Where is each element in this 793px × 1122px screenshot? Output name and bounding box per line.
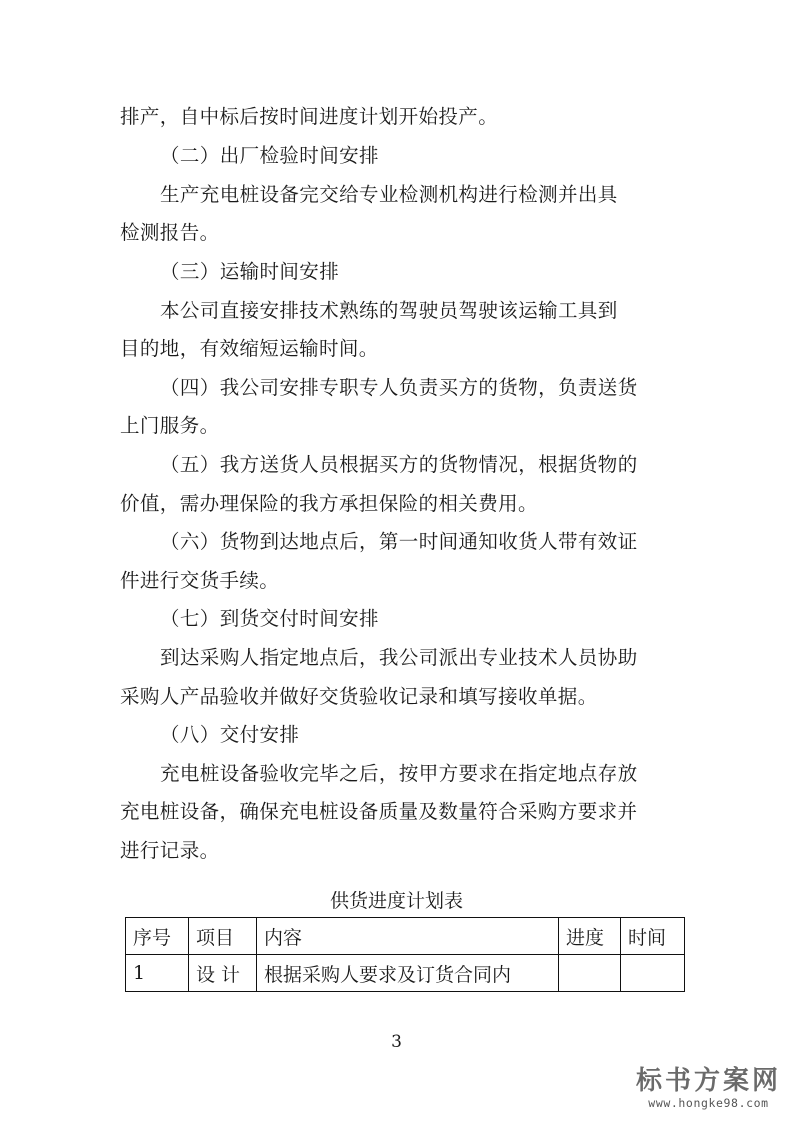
page-number: 3	[0, 1032, 793, 1052]
header-cell-number: 序号	[126, 918, 189, 955]
paragraph-line: （四）我公司安排专职专人负责买方的货物，负责送货	[160, 375, 638, 401]
header-cell-content: 内容	[257, 918, 559, 955]
table-header-row: 序号 项目 内容 进度 时间	[126, 918, 685, 955]
cell-content: 根据采购人要求及订货合同内	[257, 955, 559, 992]
cell-number: 1	[126, 955, 189, 992]
header-cell-progress: 进度	[559, 918, 621, 955]
paragraph-line: 排产，自中标后按时间进度计划开始投产。	[120, 104, 498, 130]
watermark-logo-text: 标书方案网	[636, 1066, 781, 1096]
table-title: 供货进度计划表	[0, 888, 793, 914]
watermark-url: www.hongke98.com	[636, 1096, 781, 1110]
section-heading: （二）出厂检验时间安排	[160, 143, 379, 169]
header-cell-time: 时间	[621, 918, 685, 955]
paragraph-line: 价值，需办理保险的我方承担保险的相关费用。	[120, 491, 538, 517]
watermark: 标书方案网 www.hongke98.com	[636, 1066, 781, 1110]
table-row: 1 设 计 根据采购人要求及订货合同内	[126, 955, 685, 992]
paragraph-line: 充电桩设备，确保充电桩设备质量及数量符合采购方要求并	[120, 799, 637, 825]
paragraph-line: 上门服务。	[120, 413, 220, 439]
paragraph-line: 采购人产品验收并做好交货验收记录和填写接收单据。	[120, 684, 598, 710]
cell-time	[621, 955, 685, 992]
section-heading: （八）交付安排	[160, 722, 299, 748]
paragraph-line: 件进行交货手续。	[120, 568, 279, 594]
section-heading: （三）运输时间安排	[160, 259, 339, 285]
header-cell-item: 项目	[189, 918, 257, 955]
paragraph-line: 到达采购人指定地点后，我公司派出专业技术人员协助	[160, 645, 638, 671]
paragraph-line: 目的地，有效缩短运输时间。	[120, 336, 379, 362]
paragraph-line: （五）我方送货人员根据买方的货物情况，根据货物的	[160, 452, 638, 478]
paragraph-line: 本公司直接安排技术熟练的驾驶员驾驶该运输工具到	[160, 298, 618, 324]
cell-progress	[559, 955, 621, 992]
section-heading: （七）到货交付时间安排	[160, 606, 379, 632]
cell-item: 设 计	[189, 955, 257, 992]
supply-schedule-table: 序号 项目 内容 进度 时间 1 设 计 根据采购人要求及订货合同内	[125, 917, 685, 992]
paragraph-line: 充电桩设备验收完毕之后，按甲方要求在指定地点存放	[160, 761, 638, 787]
paragraph-line: （六）货物到达地点后，第一时间通知收货人带有效证	[160, 529, 638, 555]
paragraph-line: 检测报告。	[120, 220, 220, 246]
paragraph-line: 进行记录。	[120, 838, 220, 864]
paragraph-line: 生产充电桩设备完交给专业检测机构进行检测并出具	[160, 182, 618, 208]
